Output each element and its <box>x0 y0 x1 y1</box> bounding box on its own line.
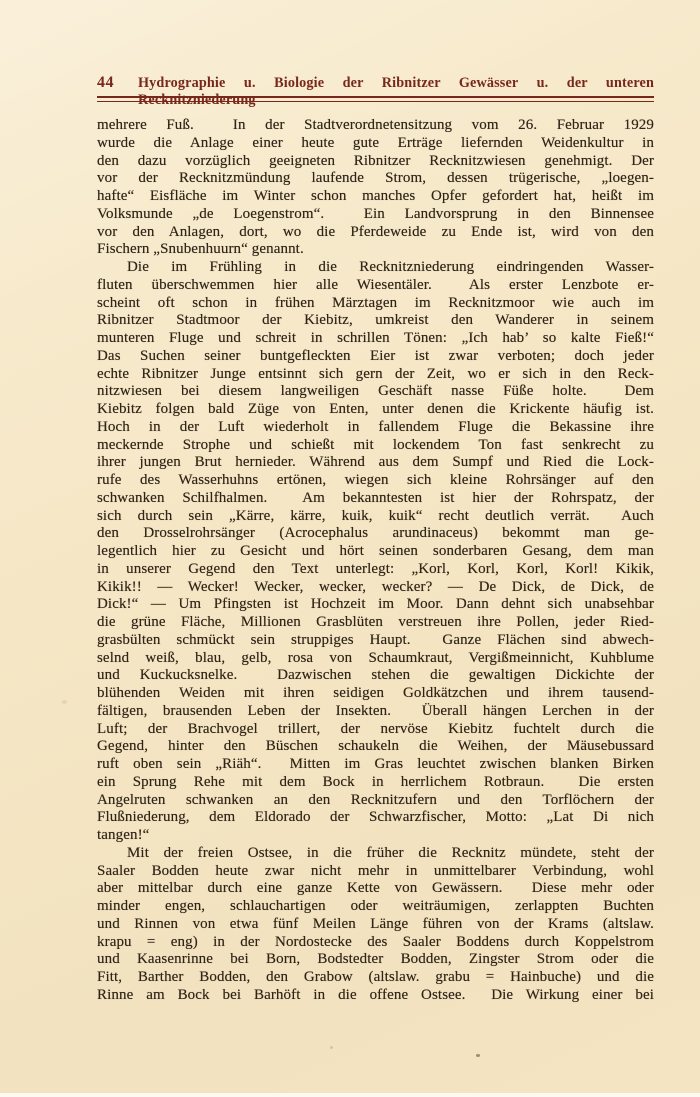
text-line: fluten überschwemmen hier alle Wiesentäl… <box>97 277 654 295</box>
text-line: und Kuckucksnelke. Dazwischen stehen die… <box>97 667 654 685</box>
text-line: Angelruten schwanken an den Recknitzufer… <box>97 792 654 810</box>
text-line: und Rinnen von etwa fünf Meilen Länge fü… <box>97 916 654 934</box>
text-line: den Drosselrohrsänger (Acrocephalus arun… <box>97 525 654 543</box>
text-line: Hoch in der Luft wiederholt in fallendem… <box>97 419 654 437</box>
text-line: minder engen, schlauchartigen oder weitr… <box>97 898 654 916</box>
text-line: Kiebitz folgen bald Züge von Enten, unte… <box>97 401 654 419</box>
text-line: rufe des Wasserhuhns ertönen, wiegen sic… <box>97 472 654 490</box>
paper-speck <box>476 1054 480 1057</box>
text-line: und Kaasenrinne bei Born, Bodstedter Bod… <box>97 951 654 969</box>
text-block: mehrere Fuß. In der Stadtverordnetensitz… <box>97 117 654 1005</box>
text-line: wurde die Anlage einer heute gute Erträg… <box>97 135 654 153</box>
text-line: schwanken Schilfhalmen. Am bekanntesten … <box>97 490 654 508</box>
text-line: tangen!“ <box>97 827 654 845</box>
text-line: Fitt, Barther Bodden, den Grabow (altsla… <box>97 969 654 987</box>
text-line: sich durch sein „Kärre, kärre, kuik, kui… <box>97 508 654 526</box>
text-line: ihrer jungen Brut hernieder. Während aus… <box>97 454 654 472</box>
text-line: Kikik!! — Wecker! Wecker, wecker, wecker… <box>97 579 654 597</box>
text-line: Dick!“ — Um Pfingsten ist Hochzeit im Mo… <box>97 596 654 614</box>
paper-speck <box>62 700 67 704</box>
text-line: in unserer Gegend den Text unterlegt: „K… <box>97 561 654 579</box>
text-line: Rinne am Bock bei Barhöft in die offene … <box>97 987 654 1005</box>
text-line: legentlich hier zu Gesicht und hört sein… <box>97 543 654 561</box>
text-line: mehrere Fuß. In der Stadtverordnetensitz… <box>97 117 654 135</box>
page-number: 44 <box>97 74 114 92</box>
text-line: vor der Recknitzmündung laufende Strom, … <box>97 170 654 188</box>
text-line: Flußniederung, dem Eldorado der Schwarzf… <box>97 809 654 827</box>
text-line: Das Suchen seiner buntgefleckten Eier is… <box>97 348 654 366</box>
text-line: den dazu vorzüglich geeigneten Ribnitzer… <box>97 153 654 171</box>
text-line: ruft oben sein „Riäh“. Mitten im Gras le… <box>97 756 654 774</box>
text-line: aber mittelbar durch eine ganze Kette vo… <box>97 880 654 898</box>
paragraph: mehrere Fuß. In der Stadtverordnetensitz… <box>97 117 654 259</box>
text-line: fältigen, brausenden Leben der Insekten.… <box>97 703 654 721</box>
text-line: Ribnitzer Stadtmoor der Kiebitz, umkreis… <box>97 312 654 330</box>
text-line: Mit der freien Ostsee, in die früher die… <box>97 845 654 863</box>
text-line: hafte“ Eisfläche im Winter schon manches… <box>97 188 654 206</box>
text-line: munteren Fluge und schreit in schrillen … <box>97 330 654 348</box>
text-line: krapu = eng) in der Nordostecke des Saal… <box>97 934 654 952</box>
text-line: blühenden Weiden mit ihren seidigen Gold… <box>97 685 654 703</box>
paragraph: Die im Frühling in die Recknitzniederung… <box>97 259 654 845</box>
text-line: scheint oft schon in frühen Märztagen im… <box>97 295 654 313</box>
scan-edge <box>0 1093 700 1097</box>
text-line: vor den Anlagen, dort, wo die Pferdeweid… <box>97 224 654 242</box>
text-line: nitzwiesen bei diesem langweiligen Gesch… <box>97 383 654 401</box>
header-double-rule <box>97 96 654 102</box>
text-line: ein Sprung Rehe mit dem Bock in herrlich… <box>97 774 654 792</box>
paragraph: Mit der freien Ostsee, in die früher die… <box>97 845 654 1005</box>
text-line: Saaler Bodden heute zwar nicht mehr in u… <box>97 863 654 881</box>
paper-speck <box>330 1046 333 1049</box>
text-line: echte Ribnitzer Junge entsinnt sich gern… <box>97 366 654 384</box>
text-line: Luft; der Brachvogel trillert, der nervö… <box>97 721 654 739</box>
text-line: selnd weiß, blau, gelb, rosa von Schaumk… <box>97 650 654 668</box>
text-line: Fischern „Snubenhuurn“ genannt. <box>97 241 654 259</box>
text-line: die grüne Fläche, Millionen Grasblüten v… <box>97 614 654 632</box>
running-title: Hydrographie u. Biologie der Ribnitzer G… <box>138 75 654 109</box>
text-line: Volksmunde „de Loegenstrom“. Ein Landvor… <box>97 206 654 224</box>
book-page-scan: 44 Hydrographie u. Biologie der Ribnitze… <box>0 0 700 1097</box>
running-header: 44 Hydrographie u. Biologie der Ribnitze… <box>97 74 654 109</box>
text-line: Gegend, hinter den Büschen schaukeln die… <box>97 738 654 756</box>
text-line: grasbülten schmückt sein struppiges Haup… <box>97 632 654 650</box>
text-line: Die im Frühling in die Recknitzniederung… <box>97 259 654 277</box>
text-line: meckernde Strophe und schießt mit locken… <box>97 437 654 455</box>
